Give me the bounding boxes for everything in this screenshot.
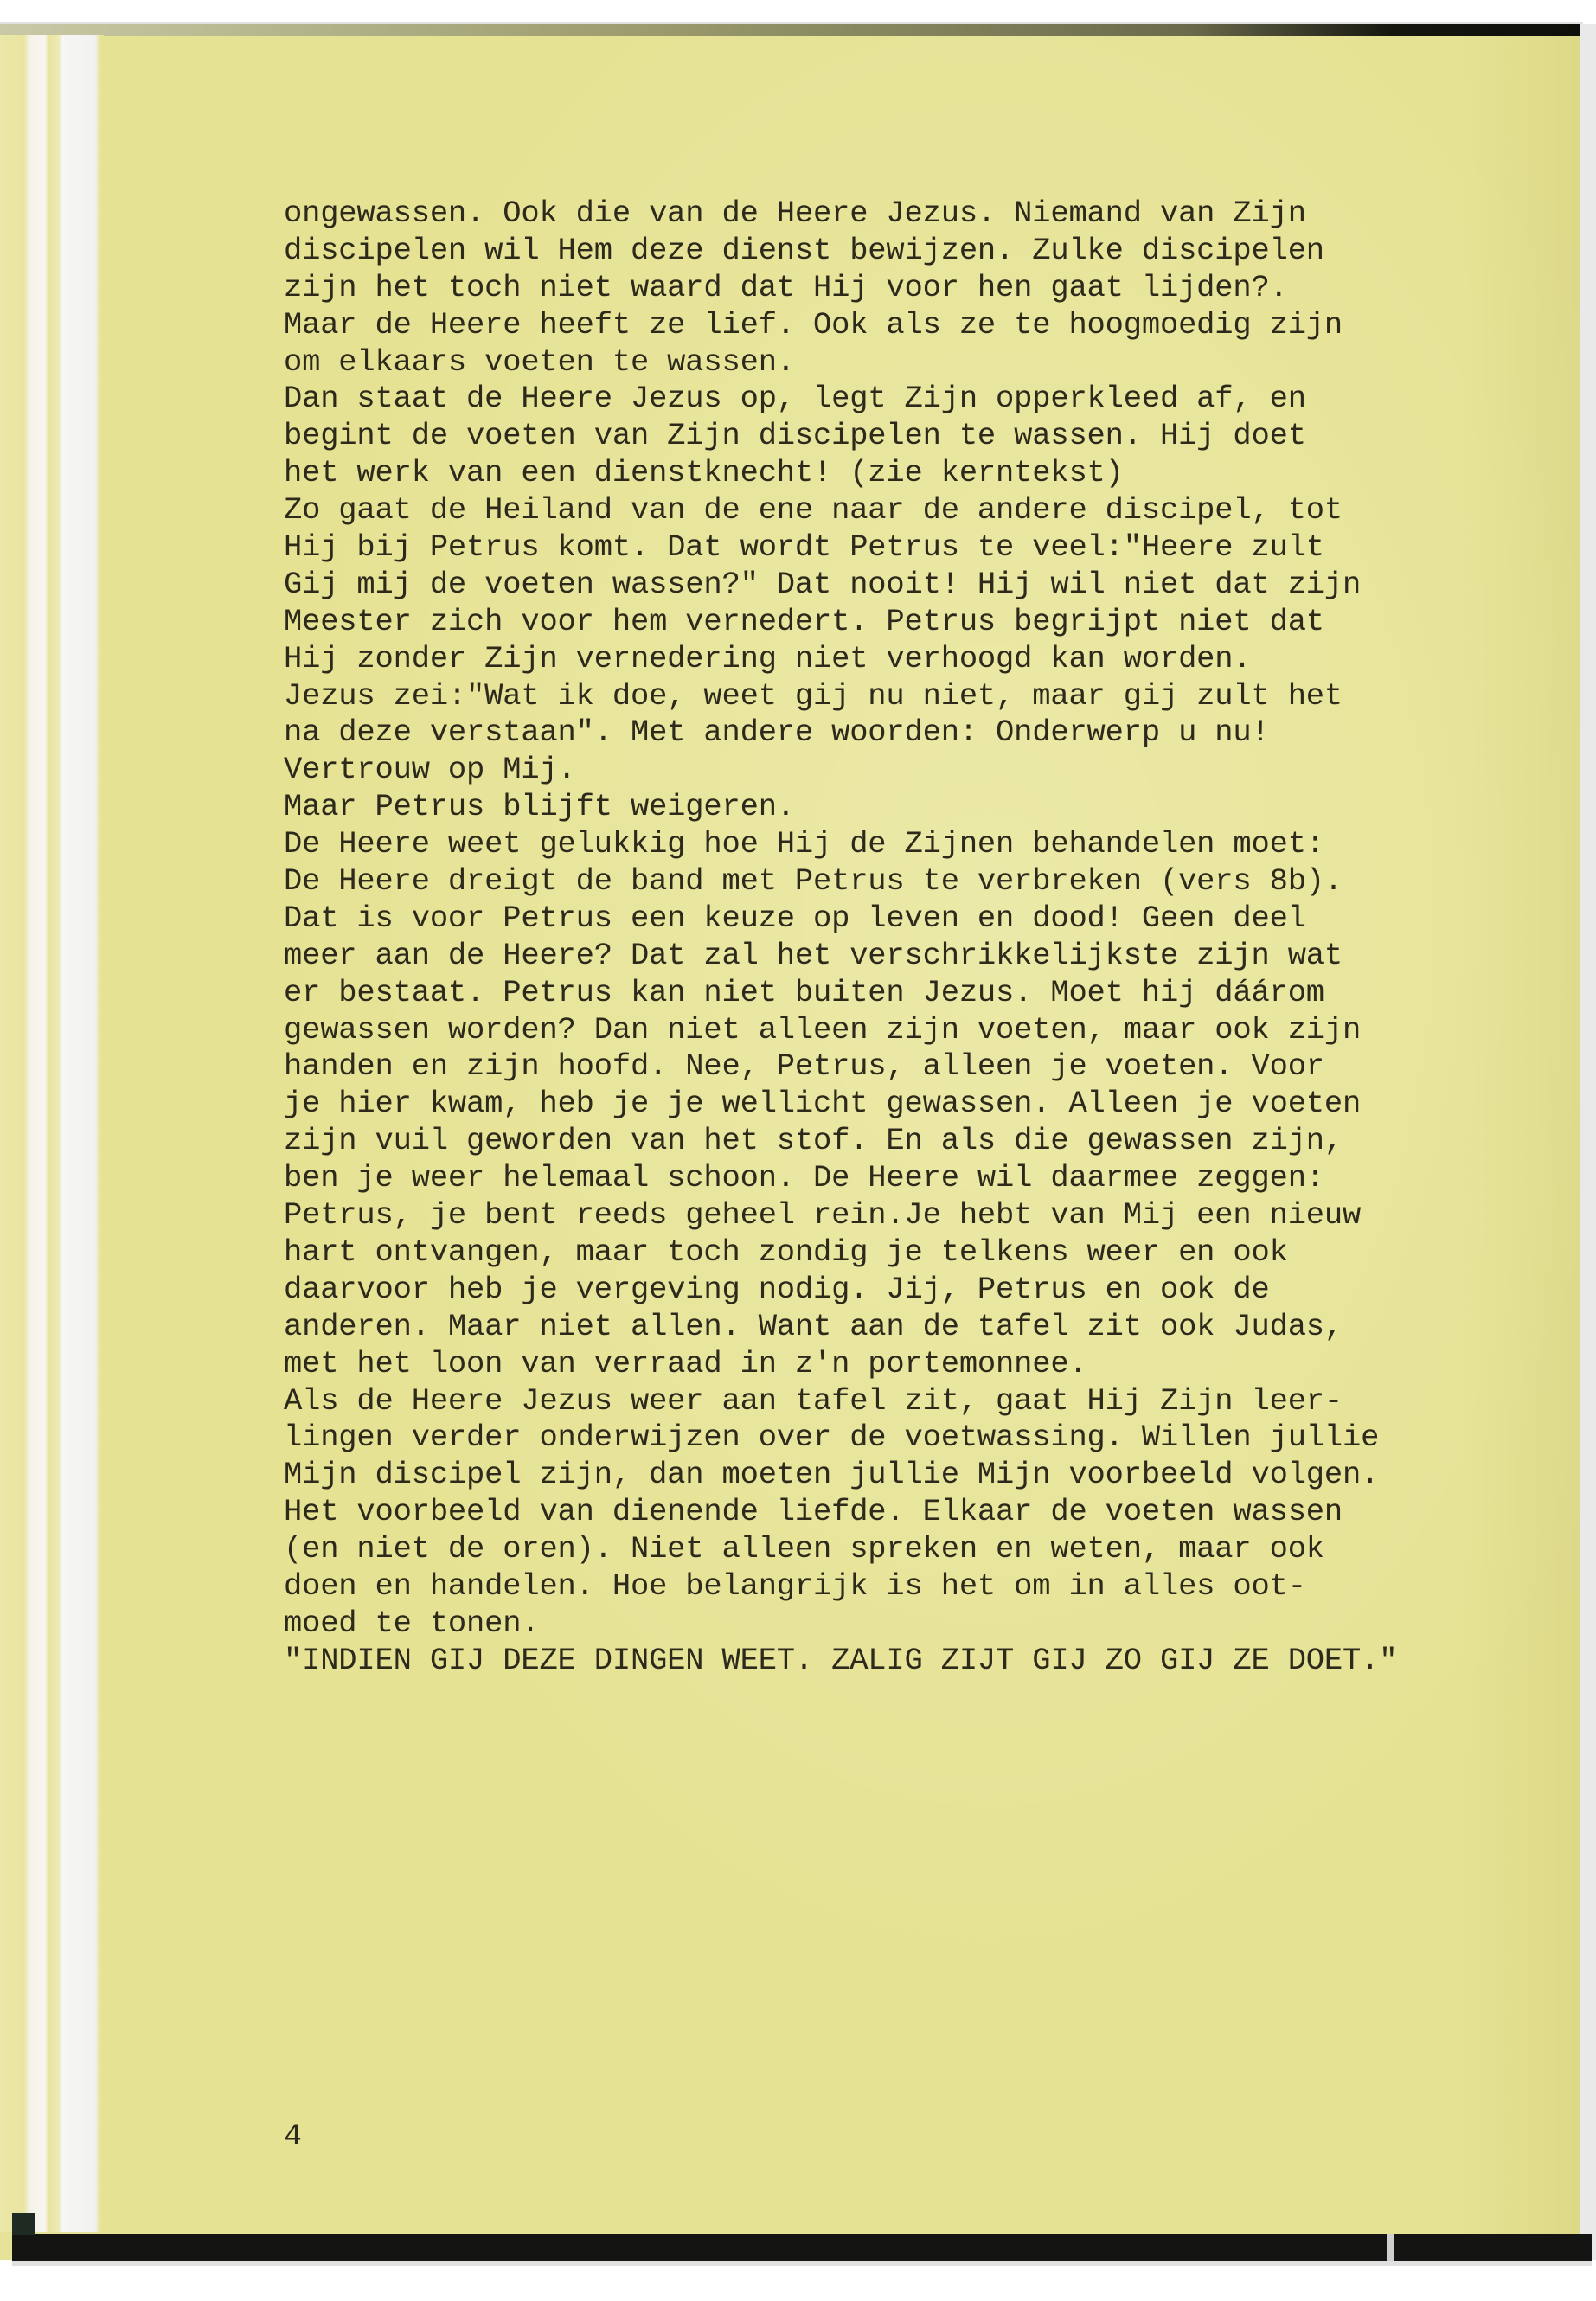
stacked-page-edges (0, 35, 104, 2232)
text-line: zijn vuil geworden van het stof. En als … (284, 1123, 1495, 1160)
text-line: anderen. Maar niet allen. Want aan de ta… (284, 1309, 1495, 1346)
text-line: Gij mij de voeten wassen?" Dat nooit! Hi… (284, 567, 1495, 604)
text-line: Dan staat de Heere Jezus op, legt Zijn o… (284, 381, 1495, 418)
page-number: 4 (284, 2119, 302, 2154)
text-line: Dat is voor Petrus een keuze op leven en… (284, 901, 1495, 938)
text-line: ben je weer helemaal schoon. De Heere wi… (284, 1160, 1495, 1197)
text-line: Petrus, je bent reeds geheel rein.Je heb… (284, 1197, 1495, 1234)
right-page-edge (1580, 24, 1596, 2260)
text-line: er bestaat. Petrus kan niet buiten Jezus… (284, 975, 1495, 1012)
text-line: Meester zich voor hem vernedert. Petrus … (284, 604, 1495, 641)
text-line: lingen verder onderwijzen over de voetwa… (284, 1420, 1495, 1457)
text-line: handen en zijn hoofd. Nee, Petrus, allee… (284, 1048, 1495, 1086)
text-line: "INDIEN GIJ DEZE DINGEN WEET. ZALIG ZIJT… (284, 1643, 1495, 1680)
text-line: om elkaars voeten te wassen. (284, 344, 1495, 381)
text-line: Vertrouw op Mij. (284, 752, 1495, 789)
page-body-text: ongewassen. Ook die van de Heere Jezus. … (284, 195, 1495, 1680)
text-line: Maar de Heere heeft ze lief. Ook als ze … (284, 307, 1495, 344)
text-line: discipelen wil Hem deze dienst bewijzen.… (284, 233, 1495, 270)
text-line: gewassen worden? Dan niet alleen zijn vo… (284, 1012, 1495, 1049)
text-line: moed te tonen. (284, 1606, 1495, 1643)
text-line: Hij zonder Zijn vernedering niet verhoog… (284, 641, 1495, 678)
binding-gap (1387, 2234, 1394, 2261)
bottom-rule (12, 2261, 1592, 2266)
bottom-binding-edge (12, 2234, 1592, 2261)
text-line: Maar Petrus blijft weigeren. (284, 789, 1495, 826)
text-line: Hij bij Petrus komt. Dat wordt Petrus te… (284, 529, 1495, 567)
text-line: Mijn discipel zijn, dan moeten jullie Mi… (284, 1457, 1495, 1494)
text-line: begint de voeten van Zijn discipelen te … (284, 418, 1495, 455)
text-line: doen en handelen. Hoe belangrijk is het … (284, 1568, 1495, 1606)
text-line: zijn het toch niet waard dat Hij voor he… (284, 270, 1495, 307)
text-line: Jezus zei:"Wat ik doe, weet gij nu niet,… (284, 678, 1495, 715)
text-line: hart ontvangen, maar toch zondig je telk… (284, 1234, 1495, 1272)
text-line: Zo gaat de Heiland van de ene naar de an… (284, 492, 1495, 529)
text-line: De Heere weet gelukkig hoe Hij de Zijnen… (284, 826, 1495, 863)
text-line: ongewassen. Ook die van de Heere Jezus. … (284, 195, 1495, 233)
text-line: (en niet de oren). Niet alleen spreken e… (284, 1531, 1495, 1568)
text-line: met het loon van verraad in z'n portemon… (284, 1346, 1495, 1383)
text-line: Als de Heere Jezus weer aan tafel zit, g… (284, 1383, 1495, 1420)
text-line: Het voorbeeld van dienende liefde. Elkaa… (284, 1494, 1495, 1531)
text-line: daarvoor heb je vergeving nodig. Jij, Pe… (284, 1272, 1495, 1309)
text-line: het werk van een dienstknecht! (zie kern… (284, 455, 1495, 492)
text-line: na deze verstaan". Met andere woorden: O… (284, 715, 1495, 752)
text-line: je hier kwam, heb je je wellicht gewasse… (284, 1086, 1495, 1123)
text-line: meer aan de Heere? Dat zal het verschrik… (284, 938, 1495, 975)
top-binding-edge (0, 24, 1583, 36)
text-line: De Heere dreigt de band met Petrus te ve… (284, 863, 1495, 901)
